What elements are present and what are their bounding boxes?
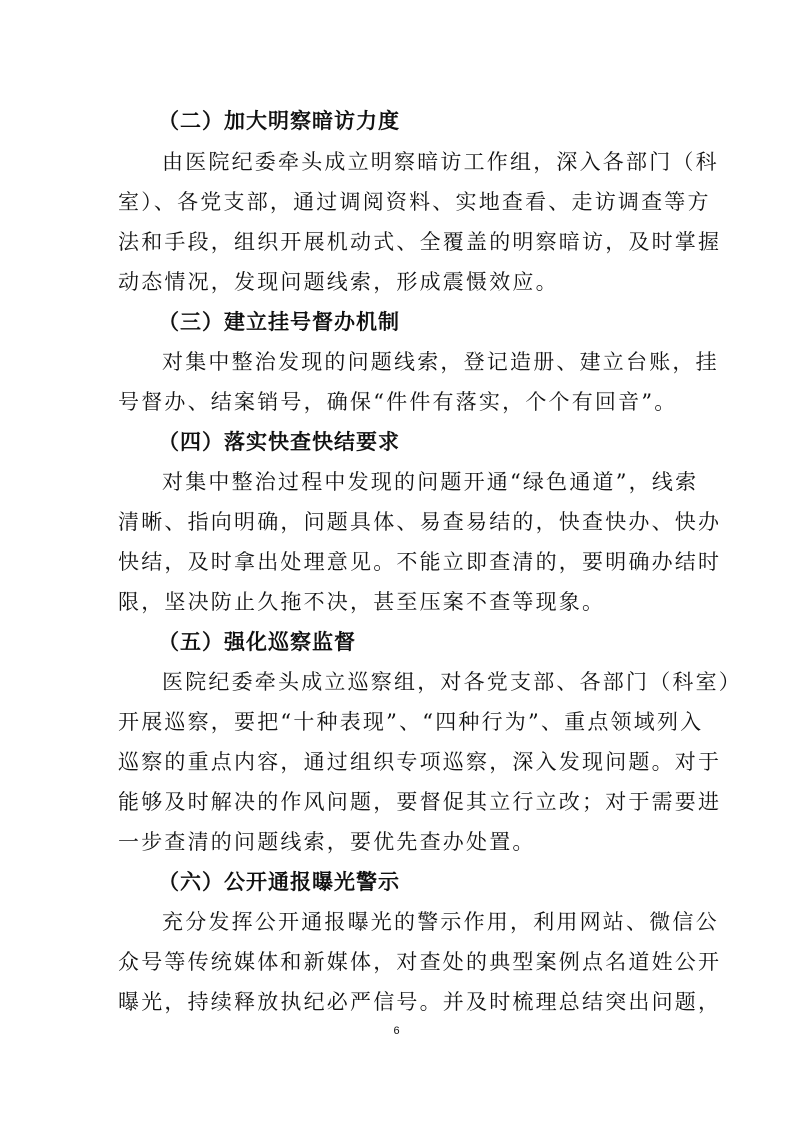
paragraph-line: 开展巡察，要把“十种表现”、“四种行为”、重点领域列入 [118,702,678,742]
page-number: 6 [0,1025,793,1037]
paragraph-line: 充分发挥公开通报曝光的警示作用，利用网站、微信公 [162,902,722,942]
section-heading-5: （五）强化巡察监督 [158,622,718,662]
paragraph-line: 巡察的重点内容，通过组织专项巡察，深入发现问题。对于 [118,742,678,782]
paragraph-line: 清晰、指向明确，问题具体、易查易结的，快查快办、快办 [118,502,678,542]
paragraph-line: 一步查清的问题线索，要优先查办处置。 [118,822,678,862]
paragraph-line: 由医院纪委牵头成立明察暗访工作组，深入各部门（科 [162,142,722,182]
section-heading-6: （六）公开通报曝光警示 [158,862,718,902]
paragraph-line: 曝光，持续释放执纪必严信号。并及时梳理总结突出问题， [118,982,678,1022]
paragraph-line: 动态情况，发现问题线索，形成震慑效应。 [118,262,678,302]
paragraph-line: 对集中整治发现的问题线索，登记造册、建立台账，挂 [162,342,722,382]
paragraph-line: 能够及时解决的作风问题，要督促其立行立改；对于需要进 [118,782,678,822]
paragraph-line: 室）、各党支部，通过调阅资料、实地查看、走访调查等方 [118,182,678,222]
paragraph-line: 限，坚决防止久拖不决，甚至压案不查等现象。 [118,582,678,622]
section-heading-3: （三）建立挂号督办机制 [158,302,718,342]
paragraph-line: 快结，及时拿出处理意见。不能立即查清的，要明确办结时 [118,542,678,582]
section-heading-2: （二）加大明察暗访力度 [158,101,718,141]
paragraph-line: 法和手段，组织开展机动式、全覆盖的明察暗访，及时掌握 [118,222,678,262]
paragraph-line: 号督办、结案销号，确保“件件有落实，个个有回音”。 [118,382,678,422]
document-page: （二）加大明察暗访力度 由医院纪委牵头成立明察暗访工作组，深入各部门（科 室）、… [0,0,793,1122]
paragraph-line: 对集中整治过程中发现的问题开通“绿色通道”，线索 [162,462,722,502]
section-heading-4: （四）落实快查快结要求 [158,422,718,462]
paragraph-line: 医院纪委牵头成立巡察组，对各党支部、各部门（科室） [162,662,722,702]
paragraph-line: 众号等传统媒体和新媒体，对查处的典型案例点名道姓公开 [118,942,678,982]
